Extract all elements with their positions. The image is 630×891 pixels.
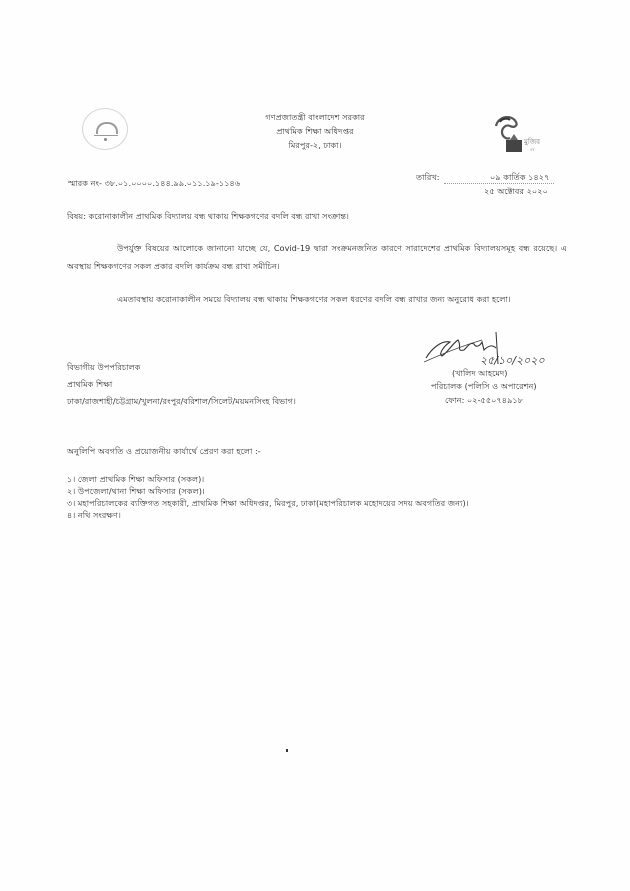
scan-speck: [286, 749, 288, 752]
letterhead-line1: গণপ্রজাতন্ত্রী বাংলাদেশ সরকার: [200, 110, 430, 124]
recipient-line3: ঢাকা/রাজশাহী/চট্টগ্রাম/খুলনা/রংপুর/বরিশা…: [67, 396, 296, 407]
recipient-line1: বিভাগীয় উপপরিচালক: [67, 362, 140, 373]
subject-text: করোনাকালীন প্রাথমিক বিদ্যালয় বন্ধ থাকায…: [89, 211, 349, 221]
recipient-line2: প্রাথমিক শিক্ষা: [67, 379, 112, 390]
memo-value: ৩৮.০১.০০০০.১৪৪.৯৯.০১১.১৯-১১৪৬: [105, 178, 241, 188]
svg-text:২৫/১০/২০২০: ২৫/১০/২০২০: [480, 354, 545, 367]
government-seal-icon: [82, 108, 128, 150]
copy-list-item: ৩। মহাপরিচালকের ব্যক্তিগত সহকারী, প্রাথম…: [67, 497, 469, 509]
copy-intro: অনুলিপি অবগতি ও প্রয়োজনীয় কার্যার্থে প…: [67, 446, 261, 457]
signatory-designation: পরিচালক (পলিসি ও অপারেশন): [431, 381, 537, 392]
date-label: তারিখ:: [416, 172, 440, 183]
memo-number: স্মারক নং- ৩৮.০১.০০০০.১৪৪.৯৯.০১১.১৯-১১৪৬: [68, 178, 240, 189]
document-page: গণপ্রজাতন্ত্রী বাংলাদেশ সরকার প্রাথমিক শ…: [0, 0, 630, 891]
copy-list-item: ২। উপজেলা/থানা শিক্ষা অফিসার (সকল)।: [67, 485, 469, 497]
subject-label: বিষয়:: [67, 211, 86, 221]
svg-text:মুজিব: মুজিব: [523, 138, 540, 146]
copy-list: ১। জেলা প্রাথমিক শিক্ষা অফিসার (সকল)। ২।…: [67, 473, 469, 521]
signatory-phone: ফোন: ০২-৫৫০৭৪৯১৮: [445, 395, 523, 406]
letterhead-line2: প্রাথমিক শিক্ষা অধিদপ্তর: [200, 124, 430, 138]
signature-image: ২৫/১০/২০২০: [422, 328, 572, 368]
mujib-year-logo-icon: মুজিব বর্ষ: [488, 110, 550, 154]
copy-list-item: ৪। নথি সংরক্ষণ।: [67, 509, 469, 521]
date-gregorian: ২৫ অক্টোবর ২০২০: [484, 186, 548, 197]
letterhead: গণপ্রজাতন্ত্রী বাংলাদেশ সরকার প্রাথমিক শ…: [200, 110, 430, 152]
body-paragraph-1: উপর্যুক্ত বিষয়ের আলোকে জানানো যাচ্ছে যে…: [67, 239, 567, 275]
date-divider: [444, 183, 554, 184]
signatory-name: (খালিদ আহমেদ): [452, 368, 507, 379]
memo-label: স্মারক নং-: [68, 178, 102, 188]
svg-text:বর্ষ: বর্ষ: [529, 147, 535, 152]
subject-line: বিষয়: করোনাকালীন প্রাথমিক বিদ্যালয় বন্…: [67, 211, 349, 222]
body-paragraph-2: এমতাবস্থায় করোনাকালীন সময়ে বিদ্যালয় ব…: [67, 290, 567, 308]
letterhead-line3: মিরপুর-২, ঢাকা।: [200, 138, 430, 152]
copy-list-item: ১। জেলা প্রাথমিক শিক্ষা অফিসার (সকল)।: [67, 473, 469, 485]
date-bengali: ০৯ কার্তিক ১৪২৭: [490, 172, 549, 183]
